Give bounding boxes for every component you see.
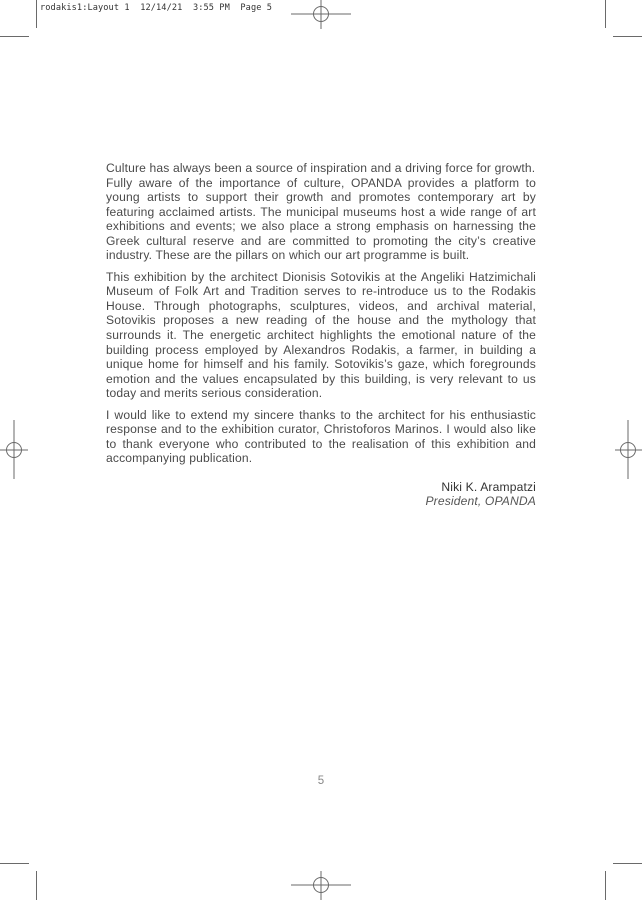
crop-mark-top-right-vertical — [605, 0, 606, 28]
signature-name: Niki K. Arampatzi — [106, 480, 536, 495]
paragraph-opanda: Fully aware of the importance of culture… — [106, 176, 536, 263]
printer-slug: rodakis1:Layout 1 12/14/21 3:55 PM Page … — [40, 3, 272, 13]
crop-mark-bottom-left-horizontal — [0, 863, 29, 864]
registration-mark-left-icon — [0, 420, 30, 480]
registration-mark-right-icon — [613, 420, 642, 480]
crop-mark-bottom-right-vertical — [605, 871, 606, 900]
registration-mark-bottom-icon — [291, 871, 351, 900]
crop-mark-bottom-left-vertical — [36, 871, 37, 900]
signature-title: President, OPANDA — [106, 494, 536, 509]
page-number: 5 — [0, 775, 642, 787]
paragraph-intro: Culture has always been a source of insp… — [106, 161, 536, 176]
crop-mark-top-left-horizontal — [0, 36, 29, 37]
crop-mark-top-left-vertical — [36, 0, 37, 28]
crop-mark-top-right-horizontal — [613, 36, 642, 37]
foreword-text-block: Culture has always been a source of insp… — [106, 161, 536, 509]
paragraph-exhibition: This exhibition by the architect Dionisi… — [106, 270, 536, 401]
paragraph-thanks: I would like to extend my sincere thanks… — [106, 408, 536, 466]
registration-mark-top-icon — [291, 0, 351, 30]
signature-block: Niki K. Arampatzi President, OPANDA — [106, 480, 536, 509]
crop-mark-bottom-right-horizontal — [613, 863, 642, 864]
